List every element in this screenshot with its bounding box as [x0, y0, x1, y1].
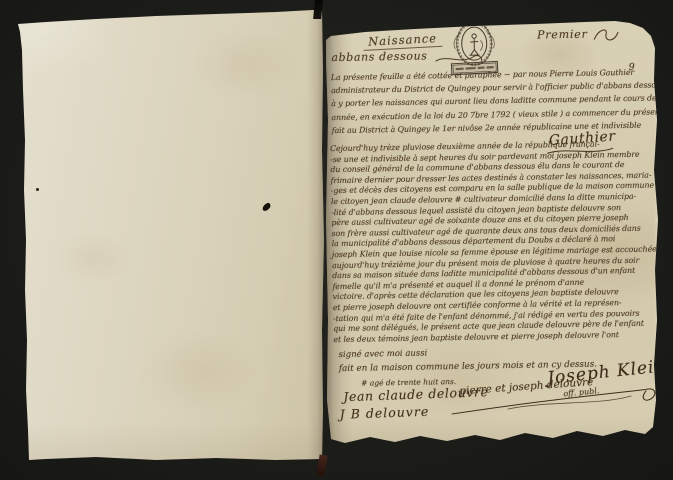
- binding-tie-top: [313, 0, 323, 19]
- corner-paraph-flourish: [591, 25, 621, 46]
- record-category-title: Naissance: [363, 31, 443, 51]
- corner-annotation: Premier: [537, 28, 588, 42]
- right-page-manuscript: Naissance abbans dessous: [325, 20, 659, 446]
- ink-blot: [261, 202, 272, 212]
- signature-flourish: [449, 374, 664, 426]
- manuscript-content: Naissance abbans dessous: [325, 14, 666, 446]
- birth-act-paragraph: Cejourd'huy trèze pluviose deuxième anné…: [330, 138, 658, 345]
- commune-name: abbans dessous: [331, 49, 427, 64]
- archive-scan: Naissance abbans dessous: [0, 0, 673, 480]
- assistant-signature: J B delouvre: [339, 404, 429, 422]
- binding-tie-bottom: [316, 455, 327, 477]
- ink-speck: [36, 188, 39, 191]
- left-page-blank: [16, 10, 325, 462]
- act-closing-line: signé avec moi aussi: [339, 348, 428, 360]
- certification-paragraph: La présente feuille a été cottée et para…: [331, 65, 673, 137]
